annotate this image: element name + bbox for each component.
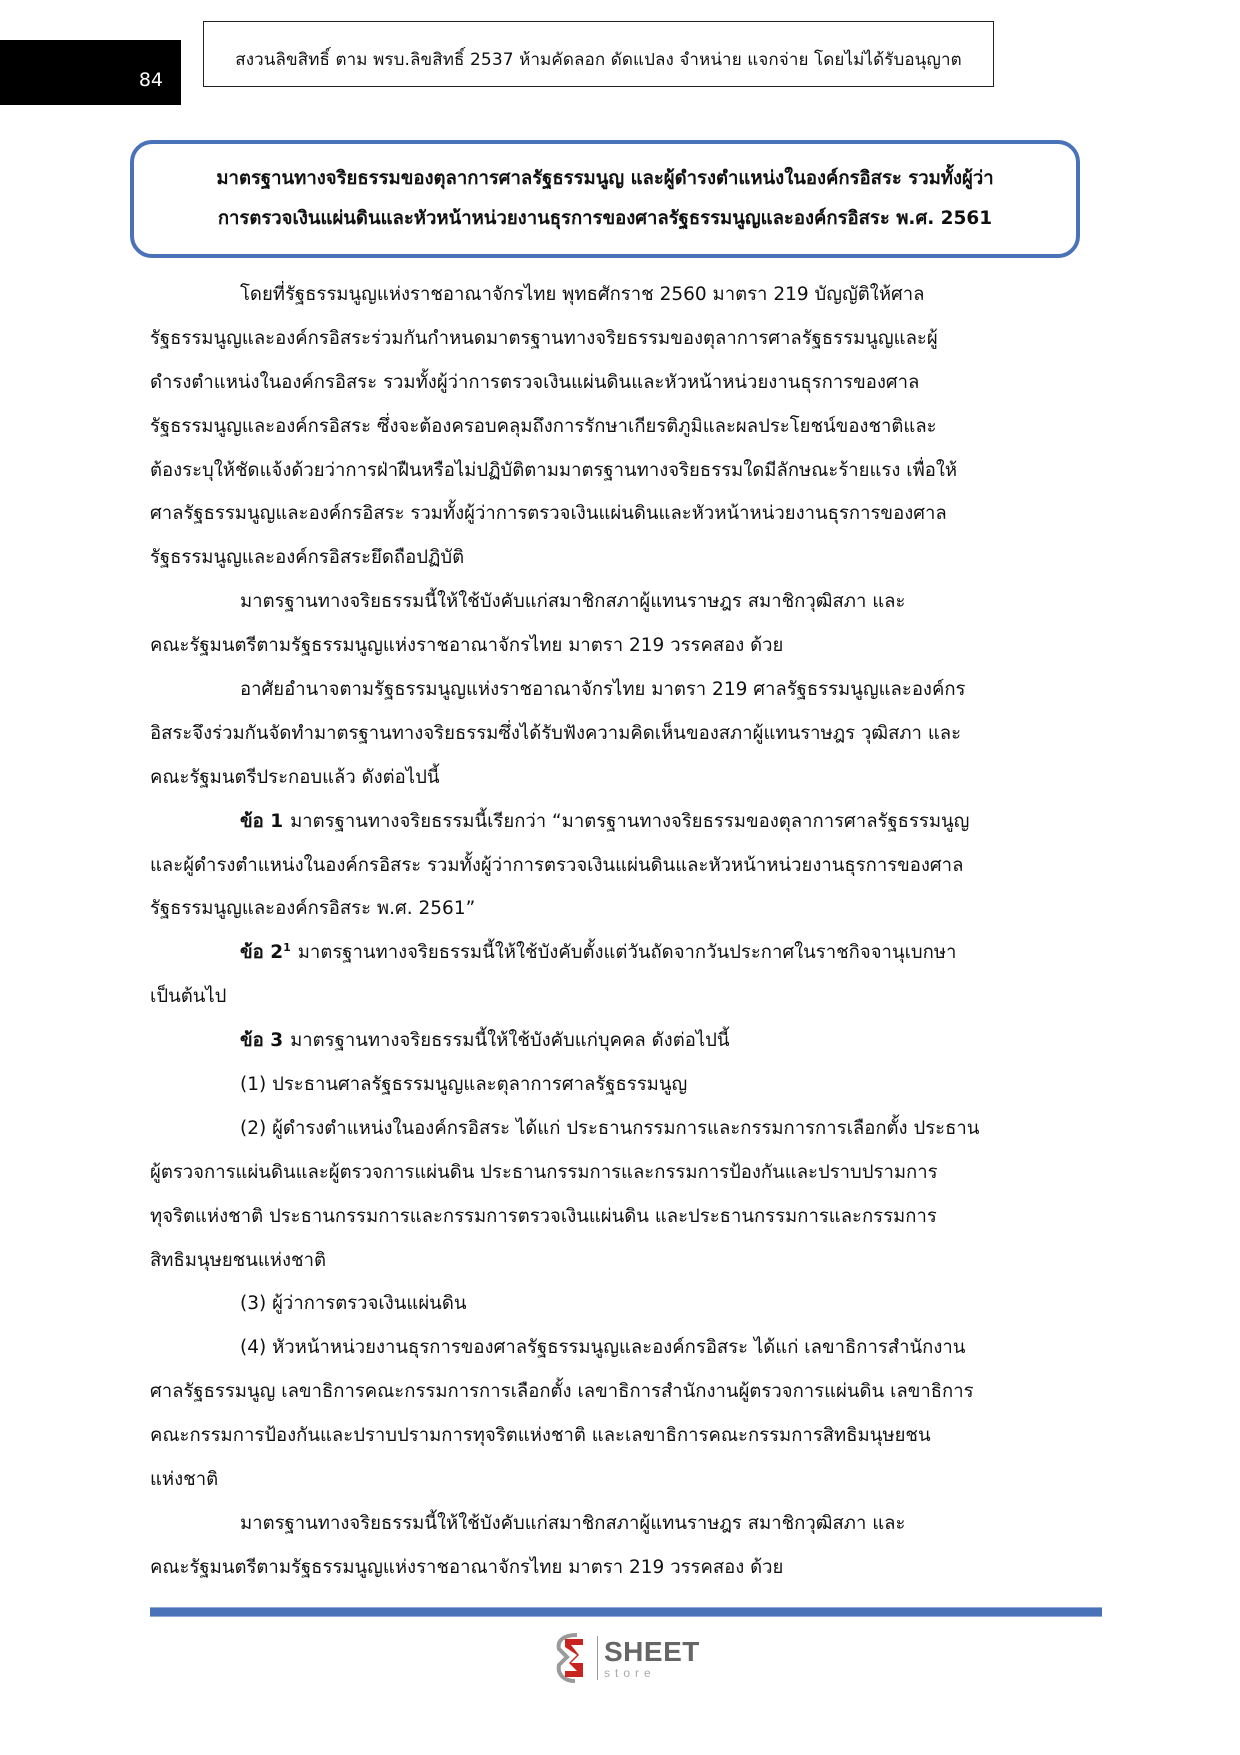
paragraph-line: รัฐธรรมนูญและองค์กรอิสระยึดถือปฏิบัติ bbox=[150, 536, 1062, 580]
paragraph-line: คณะรัฐมนตรีตามรัฐธรรมนูญแห่งราชอาณาจักรไ… bbox=[150, 1546, 1062, 1590]
list-item-2: (2) ผู้ดำรงตำแหน่งในองค์กรอิสระ ได้แก่ ป… bbox=[150, 1107, 1062, 1151]
paragraph-line: ทุจริตแห่งชาติ ประธานกรรมการและกรรมการตร… bbox=[150, 1195, 1062, 1239]
document-title-line-2: การตรวจเงินแผ่นดินและหัวหน้าหน่วยงานธุรก… bbox=[218, 199, 992, 239]
logo-wordmark: SHEET store bbox=[604, 1638, 700, 1679]
list-item-1: (1) ประธานศาลรัฐธรรมนูญและตุลาการศาลรัฐธ… bbox=[150, 1063, 1062, 1107]
clause-1-label: ข้อ 1 bbox=[240, 800, 283, 844]
clause-1-line: ข้อ 1 มาตรฐานทางจริยธรรมนี้เรียกว่า “มาต… bbox=[150, 800, 1062, 844]
footnote-marker: 1 bbox=[283, 941, 291, 954]
copyright-notice: สงวนลิขสิทธิ์ ตาม พรบ.ลิขสิทธิ์ 2537 ห้า… bbox=[235, 46, 962, 73]
footer-divider bbox=[150, 1607, 1102, 1617]
document-title-box: มาตรฐานทางจริยธรรมของตุลาการศาลรัฐธรรมนู… bbox=[130, 140, 1080, 258]
paragraph-line: ต้องระบุให้ชัดแจ้งด้วยว่าการฝ่าฝืนหรือไม… bbox=[150, 449, 1062, 493]
document-body: โดยที่รัฐธรรมนูญแห่งราชอาณาจักรไทย พุทธศ… bbox=[150, 273, 1062, 1590]
paragraph-line: ศาลรัฐธรรมนูญ เลขาธิการคณะกรรมการการเลือ… bbox=[150, 1370, 1062, 1414]
page-number-block: 84 bbox=[0, 40, 181, 105]
document-title-line-1: มาตรฐานทางจริยธรรมของตุลาการศาลรัฐธรรมนู… bbox=[216, 159, 993, 199]
logo-divider bbox=[597, 1636, 598, 1680]
clause-3-text: มาตรฐานทางจริยธรรมนี้ให้ใช้บังคับแก่บุคค… bbox=[290, 1019, 729, 1063]
paragraph-line: รัฐธรรมนูญและองค์กรอิสระ พ.ศ. 2561” bbox=[150, 887, 1062, 931]
paragraph-line: ศาลรัฐธรรมนูญและองค์กรอิสระ รวมทั้งผู้ว่… bbox=[150, 492, 1062, 536]
logo-main-text: SHEET bbox=[604, 1638, 700, 1666]
paragraph-line: มาตรฐานทางจริยธรรมนี้ให้ใช้บังคับแก่สมาช… bbox=[150, 1502, 1062, 1546]
clause-3-label: ข้อ 3 bbox=[240, 1019, 283, 1063]
page-number: 84 bbox=[139, 69, 163, 91]
paragraph-line: มาตรฐานทางจริยธรรมนี้ให้ใช้บังคับแก่สมาช… bbox=[150, 580, 1062, 624]
clause-3-line: ข้อ 3 มาตรฐานทางจริยธรรมนี้ให้ใช้บังคับแ… bbox=[150, 1019, 1062, 1063]
paragraph-line: ผู้ตรวจการแผ่นดินและผู้ตรวจการแผ่นดิน ปร… bbox=[150, 1151, 1062, 1195]
paragraph-line: อิสระจึงร่วมกันจัดทำมาตรฐานทางจริยธรรมซึ… bbox=[150, 712, 1062, 756]
paragraph-line: รัฐธรรมนูญและองค์กรอิสระ ซึ่งจะต้องครอบค… bbox=[150, 405, 1062, 449]
list-item-3: (3) ผู้ว่าการตรวจเงินแผ่นดิน bbox=[150, 1282, 1062, 1326]
clause-1-text: มาตรฐานทางจริยธรรมนี้เรียกว่า “มาตรฐานทา… bbox=[290, 800, 969, 844]
sheet-store-logo: SHEET store bbox=[553, 1633, 700, 1683]
paragraph-line: สิทธิมนุษยชนแห่งชาติ bbox=[150, 1239, 1062, 1283]
paragraph-line: คณะรัฐมนตรีตามรัฐธรรมนูญแห่งราชอาณาจักรไ… bbox=[150, 624, 1062, 668]
paragraph-line: และผู้ดำรงตำแหน่งในองค์กรอิสระ รวมทั้งผู… bbox=[150, 844, 1062, 888]
copyright-notice-box: สงวนลิขสิทธิ์ ตาม พรบ.ลิขสิทธิ์ 2537 ห้า… bbox=[203, 21, 994, 87]
paragraph-line: คณะกรรมการป้องกันและปราบปรามการทุจริตแห่… bbox=[150, 1414, 1062, 1458]
paragraph-line: โดยที่รัฐธรรมนูญแห่งราชอาณาจักรไทย พุทธศ… bbox=[150, 273, 1062, 317]
clause-2-line: ข้อ 21 มาตรฐานทางจริยธรรมนี้ให้ใช้บังคับ… bbox=[150, 931, 1062, 975]
paragraph-line: อาศัยอำนาจตามรัฐธรรมนูญแห่งราชอาณาจักรไท… bbox=[150, 668, 1062, 712]
list-item-4: (4) หัวหน้าหน่วยงานธุรการของศาลรัฐธรรมนู… bbox=[150, 1326, 1062, 1370]
paragraph-line: คณะรัฐมนตรีประกอบแล้ว ดังต่อไปนี้ bbox=[150, 756, 1062, 800]
logo-sub-text: store bbox=[604, 1667, 700, 1679]
clause-2-label: ข้อ 21 bbox=[240, 931, 291, 975]
paragraph-line: รัฐธรรมนูญและองค์กรอิสระร่วมกันกำหนดมาตร… bbox=[150, 317, 1062, 361]
paragraph-line: ดำรงตำแหน่งในองค์กรอิสระ รวมทั้งผู้ว่ากา… bbox=[150, 361, 1062, 405]
paragraph-line: เป็นต้นไป bbox=[150, 975, 1062, 1019]
sheet-store-s-icon bbox=[553, 1633, 589, 1683]
paragraph-line: แห่งชาติ bbox=[150, 1458, 1062, 1502]
clause-2-text: มาตรฐานทางจริยธรรมนี้ให้ใช้บังคับตั้งแต่… bbox=[298, 931, 957, 975]
